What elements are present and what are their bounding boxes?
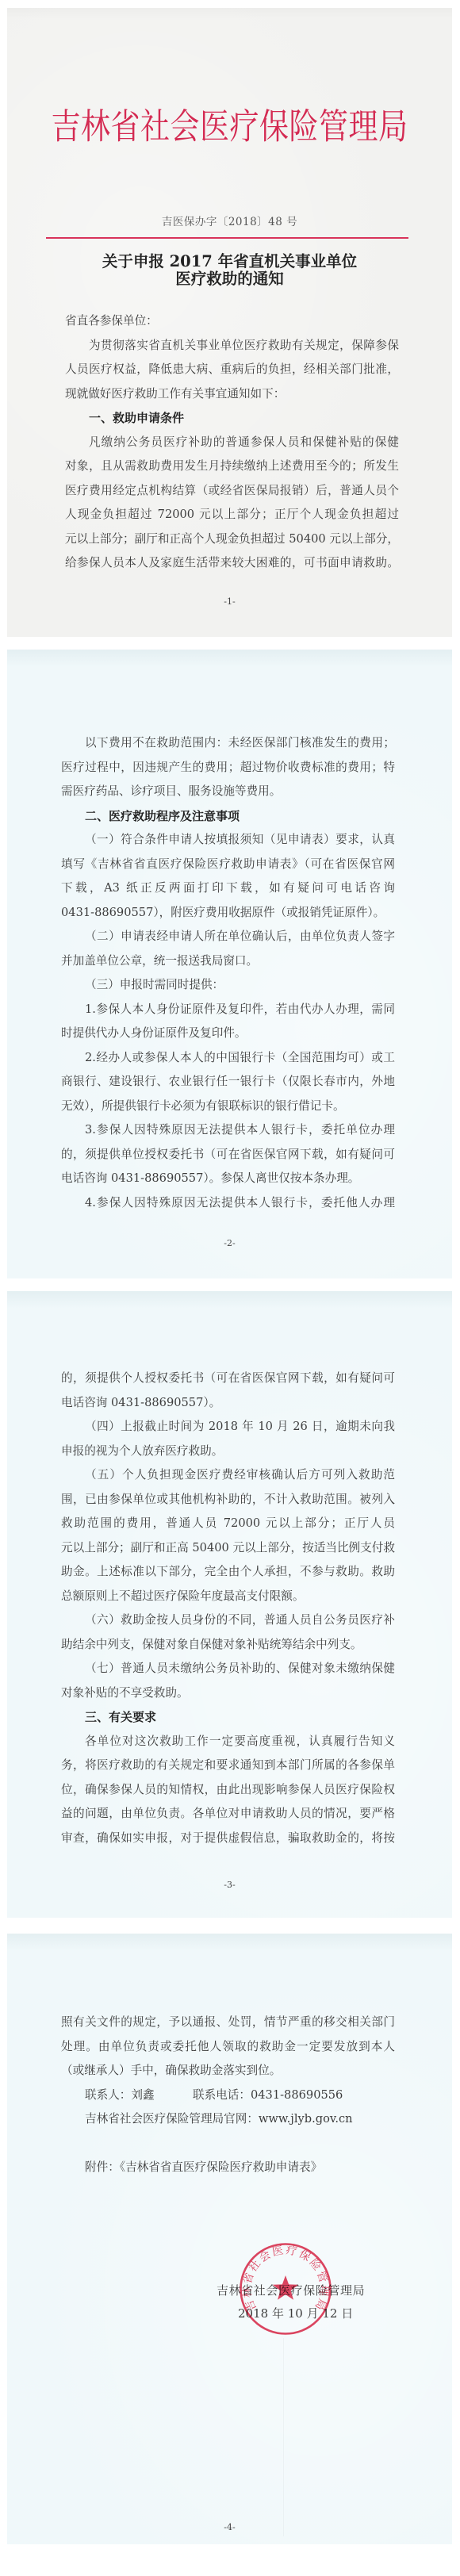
paragraph-line: 助金。上述标准以下部分，完全由个人承担，不参与救助。救助 [61, 1560, 395, 1585]
list-item-line: 4.参保人因特殊原因无法提供本人银行卡，委托他人办理 [61, 1191, 395, 1216]
page-3-body: 的，须提供个人授权委托书（可在省医保官网下载，如有疑问可 电话咨询 0431-8… [61, 1367, 395, 1850]
contact-person-name: 刘鑫 [131, 2088, 154, 2102]
paragraph-line: （五）个人负担现金医疗费经审核确认后方可列入救助范 [61, 1463, 395, 1488]
page-number: -1- [7, 596, 452, 608]
paragraph-line: 现就做好医疗救助工作有关事宜通知如下： [65, 382, 399, 407]
page-2-body: 以下费用不在救助范围内：未经医保部门核准发生的费用； 医疗过程中，因违规产生的费… [61, 731, 395, 1215]
salutation: 省直各参保单位： [65, 309, 399, 334]
list-item-line: 2.经办人或参保人本人的中国银行卡（全国范围均可）或工 [61, 1046, 395, 1071]
document-page-4: 照有关文件的规定，予以通报、处罚，情节严重的移交相关部门 处理。由单位负责或委托… [7, 1934, 452, 2544]
paragraph-line: 元以上部分；副厅和正高个人现金负担超过 50400 元以上部分， [65, 527, 399, 552]
paragraph-line: （或继承人）手中，确保救助金落实到位。 [61, 2059, 395, 2083]
list-item-line: 电话咨询 0431-88690557）。参保人离世仅按本条办理。 [61, 1167, 395, 1191]
paragraph-line: 医疗过程中，因违规产生的费用；超过物价收费标准的费用；特 [61, 756, 395, 780]
page-1-body: 省直各参保单位： 为贯彻落实省直机关事业单位医疗救助有关规定，保障参保 人员医疗… [65, 309, 399, 576]
document-title-line-2: 医疗救助的通知 [7, 270, 452, 288]
document-title: 关于申报 2017 年省直机关事业单位 医疗救助的通知 [7, 253, 452, 288]
paragraph-line: （一）符合条件申请人按填报须知（见申请表）要求，认真 [61, 828, 395, 853]
paragraph-line: 下载，A3 纸正反两面打印下载，如有疑问可电话咨询 [61, 876, 395, 901]
paragraph-line: 人现金负担超过 72000 元以上部分；正厅个人现金负担超过 43200 [65, 503, 399, 527]
list-item-line: 的，须提供单位授权委托书（可在省医保官网下载，如有疑问可 [61, 1143, 395, 1167]
paragraph-line: 0431-88690557），附医疗费用收据原件（或报销凭证原件）。 [61, 901, 395, 926]
paragraph-line: 围，已由参保单位或其他机构补助的，不计入救助范围。被列入 [61, 1488, 395, 1512]
section-heading-3: 三、有关要求 [61, 1705, 395, 1730]
website-label: 吉林省社会医疗保险管理局官网： [85, 2112, 259, 2126]
list-item-line: 商银行、建设银行、农业银行任一银行卡（仅限长春市内，外地 [61, 1070, 395, 1094]
paragraph-line: （二）申请表经申请人所在单位确认后，由单位负责人签字 [61, 925, 395, 949]
paragraph-line: （六）救助金按人员身份的不同，普通人员自公务员医疗补 [61, 1608, 395, 1633]
contact-person-label: 联系人： [85, 2088, 131, 2102]
section-heading-2: 二、医疗救助程序及注意事项 [61, 804, 395, 829]
paragraph-line: 总额原则上不超过医疗保险年度最高支付限额。 [61, 1585, 395, 1609]
letterhead-issuer: 吉林省社会医疗保险管理局 [7, 105, 452, 148]
paragraph-line: 为贯彻落实省直机关事业单位医疗救助有关规定，保障参保 [65, 334, 399, 358]
paragraph-line: 以下费用不在救助范围内：未经医保部门核准发生的费用； [61, 731, 395, 756]
paragraph-line: 务，将医疗救助的有关规定和要求通知到本部门所属的各参保单 [61, 1754, 395, 1778]
paragraph-line: 申报的视为个人放弃医疗救助。 [61, 1439, 395, 1464]
paragraph-line: 救助范围的费用，普通人员 72000 元以上部分；正厅人员 43200 [61, 1512, 395, 1536]
paragraph-line: 助结余中列支，保健对象自保健对象补贴统筹结余中列支。 [61, 1633, 395, 1658]
contact-phone-number: 0431-88690556 [251, 2088, 343, 2102]
paragraph-line: 审查，确保如实申报，对于提供虚假信息，骗取救助金的，将按 [61, 1827, 395, 1851]
paragraph-line: （三）申报时需同时提供： [61, 973, 395, 998]
paragraph-line: 医疗费用经定点机构结算（或经省医保局报销）后，普通人员个 [65, 479, 399, 504]
paragraph-line: 给参保人员本人及家庭生活带来较大困难的，可书面申请救助。 [65, 551, 399, 576]
paragraph-line: 各单位对这次救助工作一定要高度重视，认真履行告知义 [61, 1730, 395, 1754]
blank-line [61, 2132, 395, 2156]
page-number: -2- [7, 1237, 452, 1250]
paragraph-line: （七）普通人员未缴纳公务员补助的、保健对象未缴纳保健 [61, 1657, 395, 1681]
star-icon [273, 2275, 298, 2300]
paragraph-line: 对象补贴的不享受救助。 [61, 1681, 395, 1706]
page-4-body: 照有关文件的规定，予以通报、处罚，情节严重的移交相关部门 处理。由单位负责或委托… [61, 2011, 395, 2180]
attachment-line: 附件：《吉林省省直医疗保险医疗救助申请表》 [61, 2156, 395, 2180]
document-page-2: 以下费用不在救助范围内：未经医保部门核准发生的费用； 医疗过程中，因违规产生的费… [7, 650, 452, 1278]
list-item-line: 无效），所提供银行卡必须为有银联标识的银行借记卡。 [61, 1094, 395, 1119]
document-number: 吉医保办字〔2018〕48 号 [7, 215, 452, 229]
paragraph-line: 电话咨询 0431-88690557）。 [61, 1391, 395, 1416]
contact-phone-label: 联系电话： [193, 2088, 251, 2102]
paragraph-line: 凡缴纳公务员医疗补助的普通参保人员和保健补贴的保健 [65, 431, 399, 455]
section-heading-1: 一、救助申请条件 [65, 406, 399, 431]
document-page-1: 吉林省社会医疗保险管理局 吉医保办字〔2018〕48 号 关于申报 2017 年… [7, 8, 452, 637]
paragraph-line: 需医疗药品、诊疗项目、服务设施等费用。 [61, 780, 395, 804]
paragraph-line: 对象，且从需救助费用发生月持续缴纳上述费用至今的；所发生 [65, 454, 399, 479]
contact-person: 联系人：刘鑫 [85, 2083, 193, 2108]
list-item-line: 1.参保人本人身份证原件及复印件，若由代办人办理，需同 [61, 998, 395, 1022]
official-seal: 吉林省社会医疗保险管理局 [238, 2241, 333, 2336]
paragraph-line: 人员医疗权益，降低患大病、重病后的负担，经相关部门批准， [65, 358, 399, 382]
fold-crease [283, 2338, 284, 2536]
paragraph-line: 元以上部分；副厅和正高 50400 元以上部分，按适当比例支付救 [61, 1536, 395, 1561]
website-line: 吉林省社会医疗保险管理局官网：www.jlyb.gov.cn [61, 2107, 395, 2132]
page-number: -4- [7, 2521, 452, 2534]
paragraph-line: 位，确保参保人员的知情权，由此出现影响参保人员医疗保险权 [61, 1778, 395, 1803]
document-page-3: 的，须提供个人授权委托书（可在省医保官网下载，如有疑问可 电话咨询 0431-8… [7, 1291, 452, 1918]
document-title-line-1: 关于申报 2017 年省直机关事业单位 [7, 253, 452, 270]
paragraph-line: （四）上报截止时间为 2018 年 10 月 26 日，逾期未向我局 [61, 1415, 395, 1439]
list-item-line: 时提供代办人身份证原件及复印件。 [61, 1022, 395, 1046]
page-number: -3- [7, 1879, 452, 1892]
paragraph-line: 填写《吉林省省直医疗保险医疗救助申请表》（可在省医保官网 [61, 853, 395, 877]
contact-line: 联系人：刘鑫联系电话：0431-88690556 [61, 2083, 395, 2108]
paragraph-line: 并加盖单位公章，统一报送我局窗口。 [61, 949, 395, 974]
paragraph-line: 处理。由单位负责或委托他人领取的救助金一定要发放到本人 [61, 2035, 395, 2060]
paragraph-line: 的，须提供个人授权委托书（可在省医保官网下载，如有疑问可 [61, 1367, 395, 1391]
red-divider-rule [46, 237, 408, 239]
paragraph-line: 照有关文件的规定，予以通报、处罚，情节严重的移交相关部门 [61, 2011, 395, 2035]
list-item-line: 3.参保人因特殊原因无法提供本人银行卡，委托单位办理 [61, 1118, 395, 1143]
website-url: www.jlyb.gov.cn [259, 2112, 353, 2126]
paragraph-line: 益的问题，由单位负责。各单位对申请救助人员的情况，要严格 [61, 1802, 395, 1827]
